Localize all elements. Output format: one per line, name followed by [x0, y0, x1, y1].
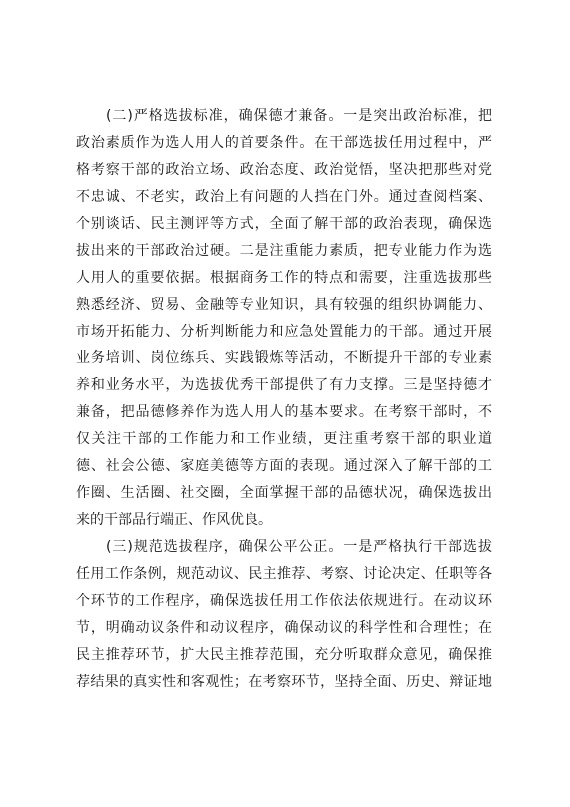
paragraph-line: (二)严格选拔标准，确保德才兼备。一是突出政治标准，把: [76, 103, 492, 130]
paragraph-line: 作圈、生活圈、社交圈，全面掌握干部的品德状况，确保选拔出: [76, 480, 492, 507]
paragraph-selection-standards: (二)严格选拔标准，确保德才兼备。一是突出政治标准，把 政治素质作为选人用人的首…: [76, 103, 492, 534]
paragraph-line: 德、社会公德、家庭美德等方面的表现。通过深入了解干部的工: [76, 453, 492, 480]
paragraph-line: 个环节的工作程序，确保选拔任用工作依法依规进行。在动议环: [76, 588, 492, 615]
paragraph-line: 政治素质作为选人用人的首要条件。在干部选拔任用过程中，严: [76, 130, 492, 157]
paragraph-line: 不忠诚、不老实，政治上有问题的人挡在门外。通过查阅档案、: [76, 184, 492, 211]
paragraph-line: 市场开拓能力、分析判断能力和应急处置能力的干部。通过开展: [76, 319, 492, 346]
paragraph-line: 来的干部品行端正、作风优良。: [76, 507, 492, 534]
paragraph-line: 人用人的重要依据。根据商务工作的特点和需要，注重选拔那些: [76, 265, 492, 292]
paragraph-line: 养和业务水平，为选拔优秀干部提供了有力支撑。三是坚持德才: [76, 372, 492, 399]
paragraph-line: 格考察干部的政治立场、政治态度、政治觉悟，坚决把那些对党: [76, 157, 492, 184]
document-page: (二)严格选拔标准，确保德才兼备。一是突出政治标准，把 政治素质作为选人用人的首…: [0, 0, 570, 807]
paragraph-line: (三)规范选拔程序，确保公平公正。一是严格执行干部选拔: [76, 534, 492, 561]
document-body: (二)严格选拔标准，确保德才兼备。一是突出政治标准，把 政治素质作为选人用人的首…: [76, 103, 492, 696]
paragraph-line: 拔出来的干部政治过硬。二是注重能力素质，把专业能力作为选: [76, 238, 492, 265]
paragraph-line: 节，明确动议条件和动议程序，确保动议的科学性和合理性；在: [76, 615, 492, 642]
paragraph-line: 仅关注干部的工作能力和工作业绩，更注重考察干部的职业道: [76, 426, 492, 453]
paragraph-line: 业务培训、岗位练兵、实践锻炼等活动，不断提升干部的专业素: [76, 345, 492, 372]
paragraph-line: 兼备，把品德修养作为选人用人的基本要求。在考察干部时，不: [76, 399, 492, 426]
paragraph-line: 民主推荐环节，扩大民主推荐范围，充分听取群众意见，确保推: [76, 642, 492, 669]
paragraph-line: 熟悉经济、贸易、金融等专业知识，具有较强的组织协调能力、: [76, 292, 492, 319]
paragraph-selection-procedure: (三)规范选拔程序，确保公平公正。一是严格执行干部选拔 任用工作条例，规范动议、…: [76, 534, 492, 696]
paragraph-line: 任用工作条例，规范动议、民主推荐、考察、讨论决定、任职等各: [76, 561, 492, 588]
paragraph-line: 个别谈话、民主测评等方式，全面了解干部的政治表现，确保选: [76, 211, 492, 238]
paragraph-line: 荐结果的真实性和客观性；在考察环节，坚持全面、历史、辩证地: [76, 669, 492, 696]
